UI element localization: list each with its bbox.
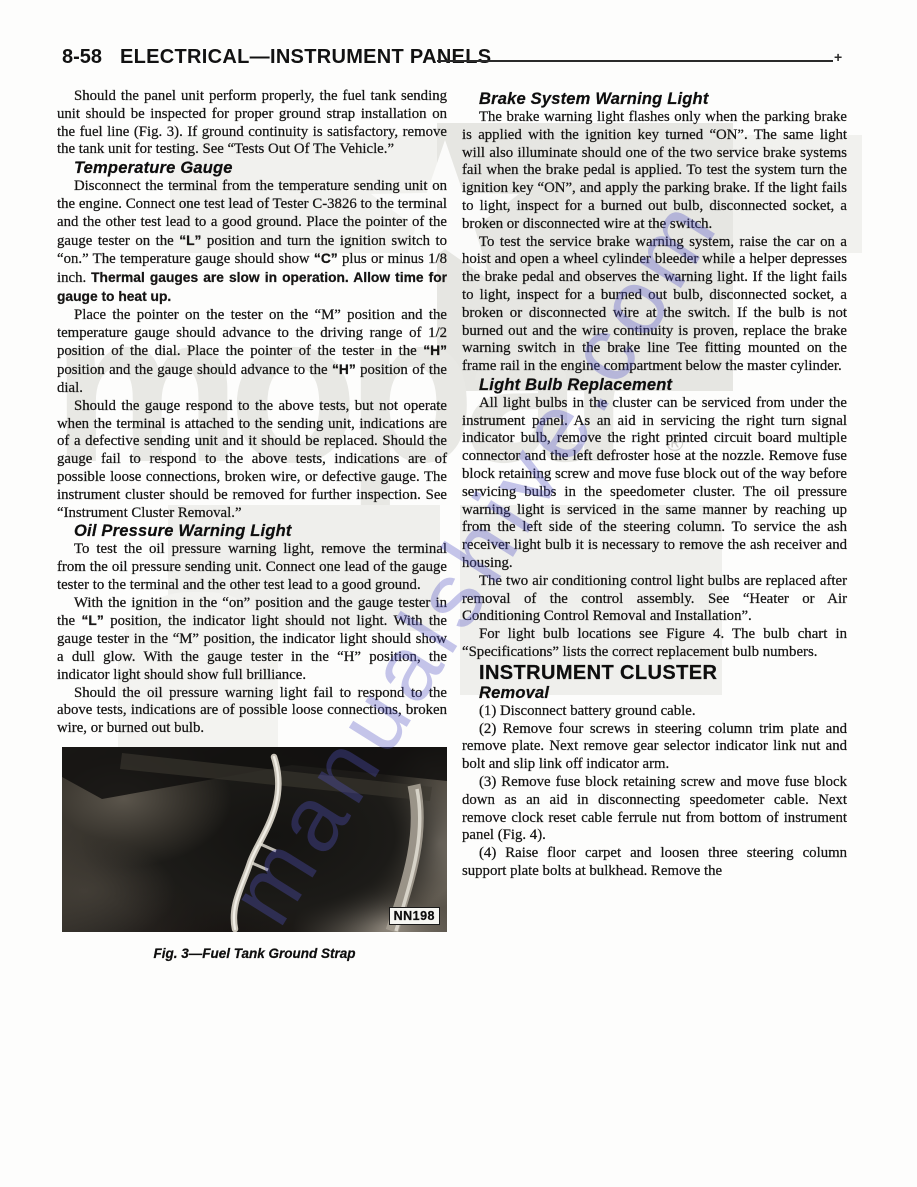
photo-detail-overlay [62, 747, 447, 932]
paragraph-removal-step-1: (1) Disconnect battery ground cable. [462, 703, 847, 721]
photo-id-label: NN198 [389, 907, 440, 925]
heading-brake-system: Brake System Warning Light [462, 90, 847, 109]
paragraph-brake-1: The brake warning light flashes only whe… [462, 109, 847, 234]
paragraph-removal-step-4: (4) Raise floor carpet and loosen three … [462, 845, 847, 881]
heading-instrument-cluster: INSTRUMENT CLUSTER [462, 662, 847, 684]
manual-page: mopar ® 8-58 ELECTRICAL—INSTRUMENT PANEL… [0, 0, 917, 1187]
right-column: Brake System Warning Light The brake war… [462, 88, 847, 881]
figure-caption: Fig. 3—Fuel Tank Ground Strap [62, 945, 447, 963]
paragraph-temperature-3: Should the gauge respond to the above te… [57, 398, 447, 523]
paragraph-removal-step-2: (2) Remove four screws in steering colum… [462, 721, 847, 774]
paragraph-temperature-2: Place the pointer on the tester on the “… [57, 307, 447, 398]
figure-3: NN198 Fig. 3—Fuel Tank Ground Strap [62, 747, 447, 963]
paragraph-bulb-2: The two air conditioning control light b… [462, 573, 847, 626]
paragraph-oil-3: Should the oil pressure warning light fa… [57, 685, 447, 738]
page-header: 8-58 ELECTRICAL—INSTRUMENT PANELS + [0, 46, 917, 76]
paragraph-removal-step-3: (3) Remove fuse block retaining screw an… [462, 774, 847, 845]
paragraph-brake-2: To test the service brake warning system… [462, 234, 847, 376]
figure-photo: NN198 [62, 747, 447, 932]
heading-oil-pressure: Oil Pressure Warning Light [57, 522, 447, 541]
paragraph-bulb-1: All light bulbs in the cluster can be se… [462, 395, 847, 573]
paragraph-oil-2: With the ignition in the “on” position a… [57, 595, 447, 685]
page-title: ELECTRICAL—INSTRUMENT PANELS [120, 46, 491, 69]
paragraph-bulb-3: For light bulb locations see Figure 4. T… [462, 626, 847, 662]
heading-removal: Removal [462, 684, 847, 703]
left-column: Should the panel unit perform properly, … [57, 88, 447, 963]
paragraph-intro: Should the panel unit perform properly, … [57, 88, 447, 159]
page-number: 8-58 [62, 46, 102, 69]
paragraph-temperature-1: Disconnect the terminal from the tempera… [57, 178, 447, 307]
header-rule [437, 60, 833, 62]
heading-light-bulb: Light Bulb Replacement [462, 376, 847, 395]
paragraph-oil-1: To test the oil pressure warning light, … [57, 541, 447, 594]
header-end-mark: + [834, 49, 842, 65]
heading-temperature-gauge: Temperature Gauge [57, 159, 447, 178]
